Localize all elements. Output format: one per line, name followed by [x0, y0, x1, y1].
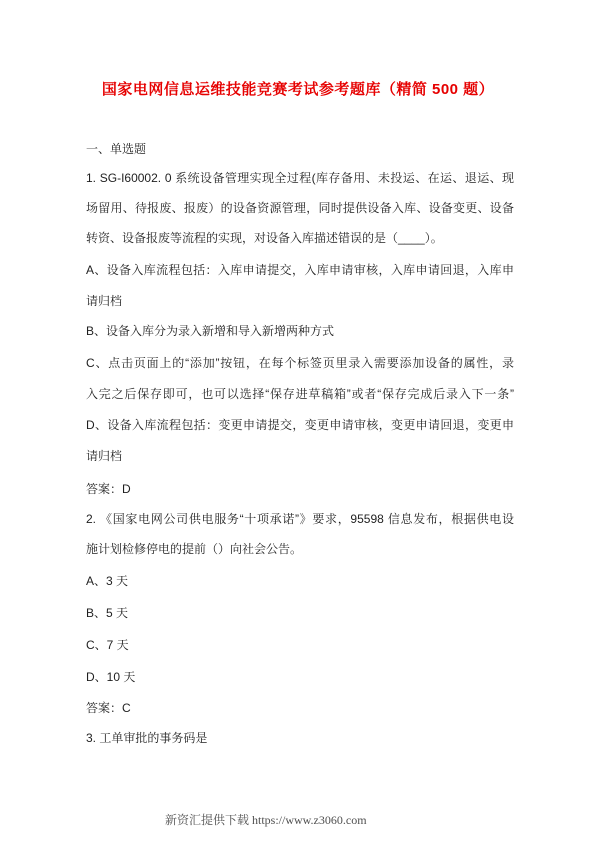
q2-stem-line-2: 施计划检修停电的提前（）向社会公告。	[86, 541, 514, 557]
q1-stem-line-3: 转资、设备报废等流程的实现，对设备入库描述错误的是（____）。	[86, 230, 514, 246]
q1-answer: 答案：D	[86, 481, 514, 497]
q1-option-a-line-2: 请归档	[86, 293, 514, 309]
q3-stem-line-1: 3. 工单审批的事务码是	[86, 730, 514, 746]
q2-option-a: A、3 天	[86, 573, 514, 589]
footer-text: 新资汇提供下载 https://www.z3060.com	[165, 813, 367, 828]
q2-stem-line-1: 2. 《国家电网公司供电服务“十项承诺”》要求，95598 信息发布，根据供电设	[86, 511, 514, 527]
document-page: 国家电网信息运维技能竞赛考试参考题库（精简 500 题） 一、单选题 1. SG…	[0, 0, 596, 842]
q1-option-d-line-2: 请归档	[86, 448, 514, 464]
q1-option-d-line-1: D、设备入库流程包括：变更申请提交，变更申请审核，变更申请回退，变更申	[86, 417, 514, 433]
q1-option-a-line-1: A、设备入库流程包括：入库申请提交，入库申请审核，入库申请回退，入库申	[86, 262, 514, 278]
page-title: 国家电网信息运维技能竞赛考试参考题库（精简 500 题）	[0, 78, 596, 99]
q2-answer: 答案：C	[86, 700, 514, 716]
q1-stem-line-2: 场留用、待报废、报废）的设备资源管理，同时提供设备入库、设备变更、设备	[86, 200, 514, 216]
q1-option-c-line-1: C、点击页面上的“添加”按钮，在每个标签页里录入需要添加设备的属性，录	[86, 355, 514, 371]
q2-option-d: D、10 天	[86, 669, 514, 685]
section-heading: 一、单选题	[86, 141, 514, 157]
q1-stem-line-1: 1. SG-I60002. 0 系统设备管理实现全过程(库存备用、未投运、在运、…	[86, 170, 514, 186]
q2-option-c: C、7 天	[86, 637, 514, 653]
q2-option-b: B、5 天	[86, 605, 514, 621]
q1-option-c-line-2: 入完之后保存即可，也可以选择“保存进草稿箱”或者“保存完成后录入下一条”	[86, 386, 514, 402]
q1-option-b: B、设备入库分为录入新增和导入新增两种方式	[86, 323, 514, 339]
